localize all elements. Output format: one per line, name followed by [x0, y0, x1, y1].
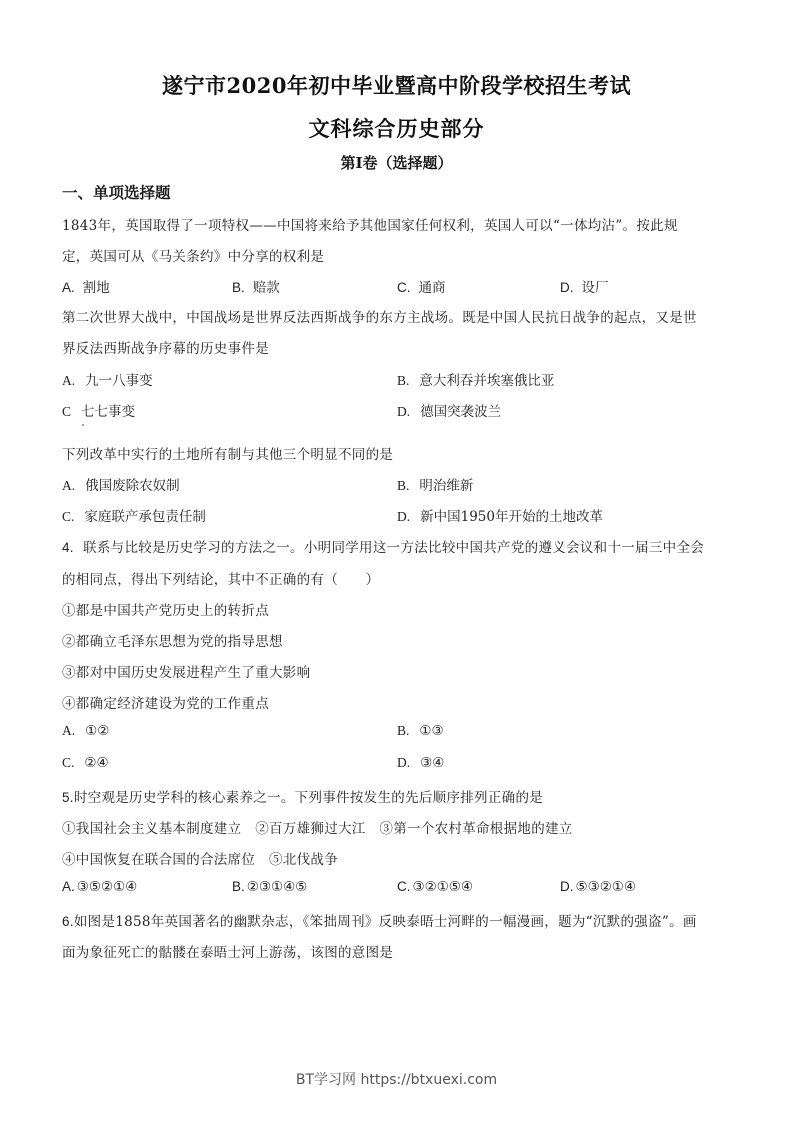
- option-key: D.: [397, 509, 410, 524]
- q2-option-a[interactable]: A.九一八事变: [62, 369, 153, 389]
- option-text: 家庭联产承包责任制: [84, 509, 206, 525]
- option-text: ②③①④⑤: [247, 879, 308, 895]
- q5-option-b[interactable]: B.②③①④⑤: [232, 879, 307, 895]
- option-key: C.: [62, 509, 74, 524]
- q2-option-b[interactable]: B.意大利吞并埃塞俄比亚: [397, 369, 554, 389]
- volume-label: 第Ⅰ卷（选择题）: [0, 152, 793, 173]
- option-key: B.: [232, 280, 245, 295]
- option-key: A.: [62, 373, 75, 388]
- q3-option-d[interactable]: D.新中国1950年开始的土地改革: [397, 505, 603, 525]
- q1-option-a[interactable]: A.割地: [62, 276, 110, 296]
- option-text: ②④: [84, 755, 108, 771]
- q4-statement-2: ②都确立毛泽东思想为党的指导思想: [62, 630, 283, 650]
- q4-line-1: 4. 联系与比较是历史学习的方法之一。小明同学用这一方法比较中国共产党的遵义会议…: [62, 536, 704, 556]
- option-key: D.: [397, 404, 410, 419]
- option-text: 割地: [83, 280, 110, 296]
- q4-statement-3: ③都对中国历史发展进程产生了重大影响: [62, 661, 310, 681]
- q5-line-1: 5.时空观是历史学科的核心素养之一。下列事件按发生的先后顺序排列正确的是: [62, 786, 543, 806]
- option-text: ③④: [420, 755, 444, 771]
- option-key: A.: [62, 723, 75, 738]
- q6-line-1: 6.如图是1858年英国著名的幽默杂志，《笨拙周刊》反映泰晤士河畔的一幅漫画，题…: [62, 910, 697, 930]
- option-text: ③⑤②①④: [77, 879, 138, 895]
- q4-option-a[interactable]: A.①②: [62, 723, 109, 739]
- option-text: 通商: [419, 280, 446, 296]
- q5-option-d[interactable]: D.⑤③②①④: [560, 879, 636, 895]
- option-key: C.: [397, 280, 411, 295]
- option-key: A.: [62, 280, 75, 295]
- option-key: C.: [62, 755, 74, 770]
- option-text: ①③: [419, 723, 443, 739]
- option-text: ③②①⑤④: [413, 879, 474, 895]
- q4-option-d[interactable]: D.③④: [397, 755, 444, 771]
- option-text: 七七事变: [81, 404, 135, 420]
- q2-option-d[interactable]: D.德国突袭波兰: [397, 400, 501, 420]
- q1-option-c[interactable]: C.通商: [397, 276, 446, 296]
- option-key: C.: [397, 879, 411, 894]
- q3-line-1: 下列改革中实行的土地所有制与其他三个明显不同的是: [62, 443, 393, 463]
- option-key: B.: [232, 879, 245, 894]
- exam-page: 遂宁市2020年初中毕业暨高中阶段学校招生考试 文科综合历史部分 第Ⅰ卷（选择题…: [0, 0, 793, 1122]
- option-key: B.: [397, 373, 409, 388]
- option-text: 赔款: [253, 280, 280, 296]
- q2-line-2: 界反法西斯战争序幕的历史事件是: [62, 337, 269, 357]
- option-key: B.: [397, 478, 409, 493]
- question-number: 5.: [62, 790, 74, 805]
- q4-option-c[interactable]: C.②④: [62, 755, 109, 771]
- option-text: 意大利吞并埃塞俄比亚: [419, 373, 554, 389]
- option-text: 俄国废除农奴制: [85, 478, 180, 494]
- option-key: B.: [397, 723, 409, 738]
- footer-watermark: BT学习网 https://btxuexi.com: [0, 1069, 793, 1089]
- q4-statement-4: ④都确定经济建设为党的工作重点: [62, 692, 269, 712]
- exam-subtitle: 文科综合历史部分: [0, 113, 793, 143]
- q1-line-1: 1843年，英国取得了一项特权——中国将来给予其他国家任何权利，英国人可以“一体…: [62, 214, 678, 234]
- q2-line-1: 第二次世界大战中，中国战场是世界反法西斯战争的东方主战场。既是中国人民抗日战争的…: [62, 306, 697, 326]
- option-text: 明治维新: [419, 478, 473, 494]
- q4-statement-1: ①都是中国共产党历史上的转折点: [62, 599, 269, 619]
- option-key: A.: [62, 478, 75, 493]
- option-text: ①②: [85, 723, 109, 739]
- question-text: 联系与比较是历史学习的方法之一。小明同学用这一方法比较中国共产党的遵义会议和十一…: [83, 540, 704, 556]
- q2-option-c[interactable]: C七七事变: [62, 400, 135, 420]
- question-text: 时空观是历史学科的核心素养之一。下列事件按发生的先后顺序排列正确的是: [74, 790, 543, 806]
- option-text: 德国突袭波兰: [420, 404, 501, 420]
- option-text: 九一八事变: [85, 373, 153, 389]
- question-number: 6.: [62, 914, 74, 929]
- stray-mark: [82, 424, 84, 426]
- exam-title: 遂宁市2020年初中毕业暨高中阶段学校招生考试: [0, 70, 793, 100]
- option-key: A.: [62, 879, 75, 894]
- q5-statement-2: ④中国恢复在联合国的合法席位 ⑤北伐战争: [62, 848, 338, 868]
- q3-option-b[interactable]: B.明治维新: [397, 474, 473, 494]
- q1-line-2: 定，英国可从《马关条约》中分享的权利是: [62, 245, 324, 265]
- option-key: D.: [397, 755, 410, 770]
- q5-option-a[interactable]: A.③⑤②①④: [62, 879, 137, 895]
- question-text: 如图是1858年英国著名的幽默杂志，《笨拙周刊》反映泰晤士河畔的一幅漫画，题为“…: [74, 914, 697, 930]
- q5-option-c[interactable]: C.③②①⑤④: [397, 879, 473, 895]
- option-text: 设厂: [582, 280, 609, 296]
- option-key: D.: [560, 280, 574, 295]
- q5-statement-1: ①我国社会主义基本制度建立 ②百万雄狮过大江 ③第一个农村革命根据地的建立: [62, 817, 573, 837]
- option-key: D.: [560, 879, 574, 894]
- section-heading: 一、单项选择题: [62, 181, 171, 203]
- option-text: 新中国1950年开始的土地改革: [420, 509, 603, 525]
- q4-line-2: 的相同点，得出下列结论，其中不正确的有（ ）: [62, 568, 379, 588]
- option-key: C: [62, 404, 71, 419]
- option-text: ⑤③②①④: [576, 879, 637, 895]
- q3-option-a[interactable]: A.俄国废除农奴制: [62, 474, 180, 494]
- q6-line-2: 面为象征死亡的骷髅在泰晤士河上游荡，该图的意图是: [62, 941, 393, 961]
- q1-option-d[interactable]: D.设厂: [560, 276, 609, 296]
- q1-option-b[interactable]: B.赔款: [232, 276, 280, 296]
- q3-option-c[interactable]: C.家庭联产承包责任制: [62, 505, 206, 525]
- question-number: 4.: [62, 540, 74, 555]
- q4-option-b[interactable]: B.①③: [397, 723, 444, 739]
